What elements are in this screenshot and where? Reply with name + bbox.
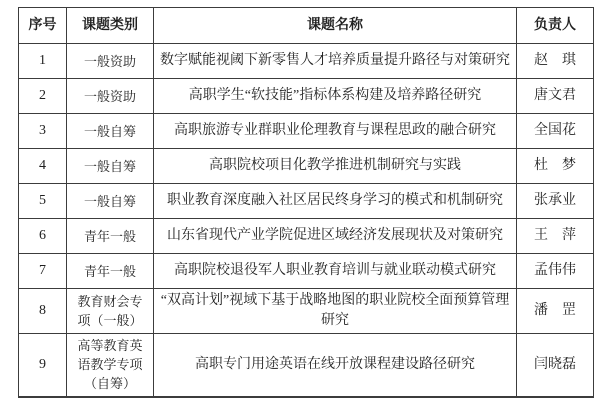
header-cell-category: 课题类别 [67,8,154,44]
table-row: 9 高等教育英语教学专项（自筹） 高职专门用途英语在线开放课程建设路径研究 闫晓… [19,334,594,397]
cell-category: 一般自筹 [67,184,154,219]
project-list-table: 序号 课题类别 课题名称 负责人 1 一般资助 数字赋能视阈下新零售人才培养质量… [18,7,594,398]
cell-leader: 闫晓磊 [517,334,594,397]
cell-leader: 孟伟伟 [517,254,594,289]
cell-no: 2 [19,79,67,114]
cell-category: 教育财会专项（一般） [67,289,154,334]
cell-no: 5 [19,184,67,219]
cell-category: 一般自筹 [67,149,154,184]
cell-category: 一般自筹 [67,114,154,149]
table-row: 2 一般资助 高职学生“软技能”指标体系构建及培养路径研究 唐文君 [19,79,594,114]
table-row: 5 一般自筹 职业教育深度融入社区居民终身学习的模式和机制研究 张承业 [19,184,594,219]
cell-title: 高职学生“软技能”指标体系构建及培养路径研究 [154,79,517,114]
document-page: 序号 课题类别 课题名称 负责人 1 一般资助 数字赋能视阈下新零售人才培养质量… [0,0,604,403]
cell-no: 3 [19,114,67,149]
table-row: 8 教育财会专项（一般） “双高计划”视域下基于战略地图的职业院校全面预算管理研… [19,289,594,334]
cell-category: 一般资助 [67,79,154,114]
header-cell-title: 课题名称 [154,8,517,44]
table-row: 3 一般自筹 高职旅游专业群职业伦理教育与课程思政的融合研究 全国花 [19,114,594,149]
cell-title: 数字赋能视阈下新零售人才培养质量提升路径与对策研究 [154,44,517,79]
cell-category: 高等教育英语教学专项（自筹） [67,334,154,397]
header-cell-no: 序号 [19,8,67,44]
cell-leader: 唐文君 [517,79,594,114]
table-row: 7 青年一般 高职院校退役军人职业教育培训与就业联动模式研究 孟伟伟 [19,254,594,289]
table-row: 6 青年一般 山东省现代产业学院促进区域经济发展现状及对策研究 王 萍 [19,219,594,254]
cell-no: 7 [19,254,67,289]
cell-category: 一般资助 [67,44,154,79]
cell-leader: 王 萍 [517,219,594,254]
cell-leader: 全国花 [517,114,594,149]
table-row: 4 一般自筹 高职院校项目化教学推进机制研究与实践 杜 梦 [19,149,594,184]
cell-title: 高职院校项目化教学推进机制研究与实践 [154,149,517,184]
cell-title: 职业教育深度融入社区居民终身学习的模式和机制研究 [154,184,517,219]
cell-category: 青年一般 [67,254,154,289]
cell-category: 青年一般 [67,219,154,254]
cell-leader: 潘 罡 [517,289,594,334]
cell-leader: 张承业 [517,184,594,219]
cell-no: 9 [19,334,67,397]
cell-no: 4 [19,149,67,184]
cell-no: 8 [19,289,67,334]
cell-no: 6 [19,219,67,254]
header-cell-leader: 负责人 [517,8,594,44]
cell-leader: 赵 琪 [517,44,594,79]
cell-no: 1 [19,44,67,79]
cell-title: 高职院校退役军人职业教育培训与就业联动模式研究 [154,254,517,289]
cell-title: 高职专门用途英语在线开放课程建设路径研究 [154,334,517,397]
cell-title: 山东省现代产业学院促进区域经济发展现状及对策研究 [154,219,517,254]
cell-title: “双高计划”视域下基于战略地图的职业院校全面预算管理研究 [154,289,517,334]
table-row: 1 一般资助 数字赋能视阈下新零售人才培养质量提升路径与对策研究 赵 琪 [19,44,594,79]
cell-leader: 杜 梦 [517,149,594,184]
table-header-row: 序号 课题类别 课题名称 负责人 [19,8,594,44]
cell-title: 高职旅游专业群职业伦理教育与课程思政的融合研究 [154,114,517,149]
